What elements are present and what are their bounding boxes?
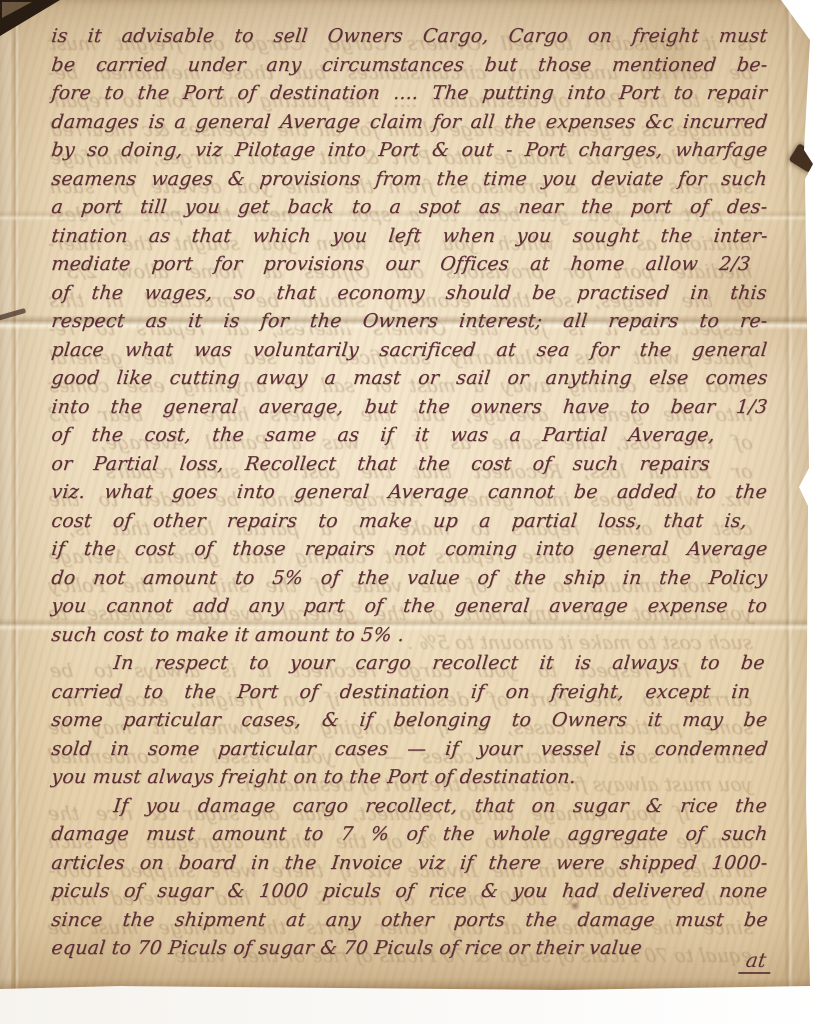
manuscript-line: of the wages, so that economy should be … [50,279,769,308]
manuscript-line: by so doing, viz Pilotage into Port & ou… [50,136,769,165]
manuscript-line: piculs of sugar & 1000 piculs of rice & … [50,877,769,906]
manuscript-line: a port till you get back to a spot as ne… [50,193,769,222]
paper-left-fold-line [12,0,19,990]
manuscript-line: tination as that which you left when you… [50,222,769,251]
manuscript-line: you must always freight on to the Port o… [50,763,769,792]
manuscript-line: since the shipment at any other ports th… [50,906,769,935]
manuscript-line: some particular cases, & if belonging to… [50,706,769,735]
manuscript-line: of the cost, the same as if it was a Par… [50,421,769,450]
manuscript-line: cost of other repairs to make up a parti… [50,507,769,536]
manuscript-line: if the cost of those repairs not coming … [50,535,769,564]
manuscript-line: such cost to make it amount to 5% . [50,621,769,650]
folded-corner-sheen [2,2,32,18]
manuscript-line: carried to the Port of destination if on… [50,678,769,707]
manuscript-line: do not amount to 5% of the value of the … [50,564,769,593]
manuscript-line: articles on board in the Invoice viz if … [50,849,769,878]
manuscript-line: place what was voluntarily sacrificed at… [50,336,769,365]
manuscript-line: fore to the Port of destination .... The… [50,79,769,108]
manuscript-line: seamens wages & provisions from the time… [50,165,769,194]
manuscript-line: or Partial loss, Recollect that the cost… [50,450,769,479]
manuscript-line: good like cutting away a mast or sail or… [50,364,769,393]
manuscript-page: is it advisable to sell Owners Cargo, Ca… [0,0,813,990]
manuscript-line: respect as it is for the Owners interest… [50,307,769,336]
paper-right-fold-line [784,0,793,990]
manuscript-line: into the general average, but the owners… [50,393,769,422]
manuscript-line: viz. what goes into general Average cann… [50,478,769,507]
manuscript-line: sold in some particular cases — if your … [50,735,769,764]
manuscript-line: mediate port for provisions our Offices … [50,250,769,279]
manuscript-line: In respect to your cargo recollect it is… [50,649,769,678]
paper-left-edge-highlight [0,0,11,990]
manuscript-line: damage must amount to 7 % of the whole a… [50,820,769,849]
manuscript-line: equal to 70 Piculs of sugar & 70 Piculs … [50,934,769,963]
manuscript-line: If you damage cargo recollect, that on s… [50,792,769,821]
manuscript-text: is it advisable to sell Owners Cargo, Ca… [50,22,766,963]
paper-bottom-edge-shadow [0,978,813,990]
manuscript-line: be carried under any circumstances but t… [50,51,769,80]
catchword: at [738,948,774,974]
manuscript-line: you cannot add any part of the general a… [50,592,769,621]
manuscript-line: damages is a general Average claim for a… [50,108,769,137]
manuscript-line: is it advisable to sell Owners Cargo, Ca… [50,22,769,51]
